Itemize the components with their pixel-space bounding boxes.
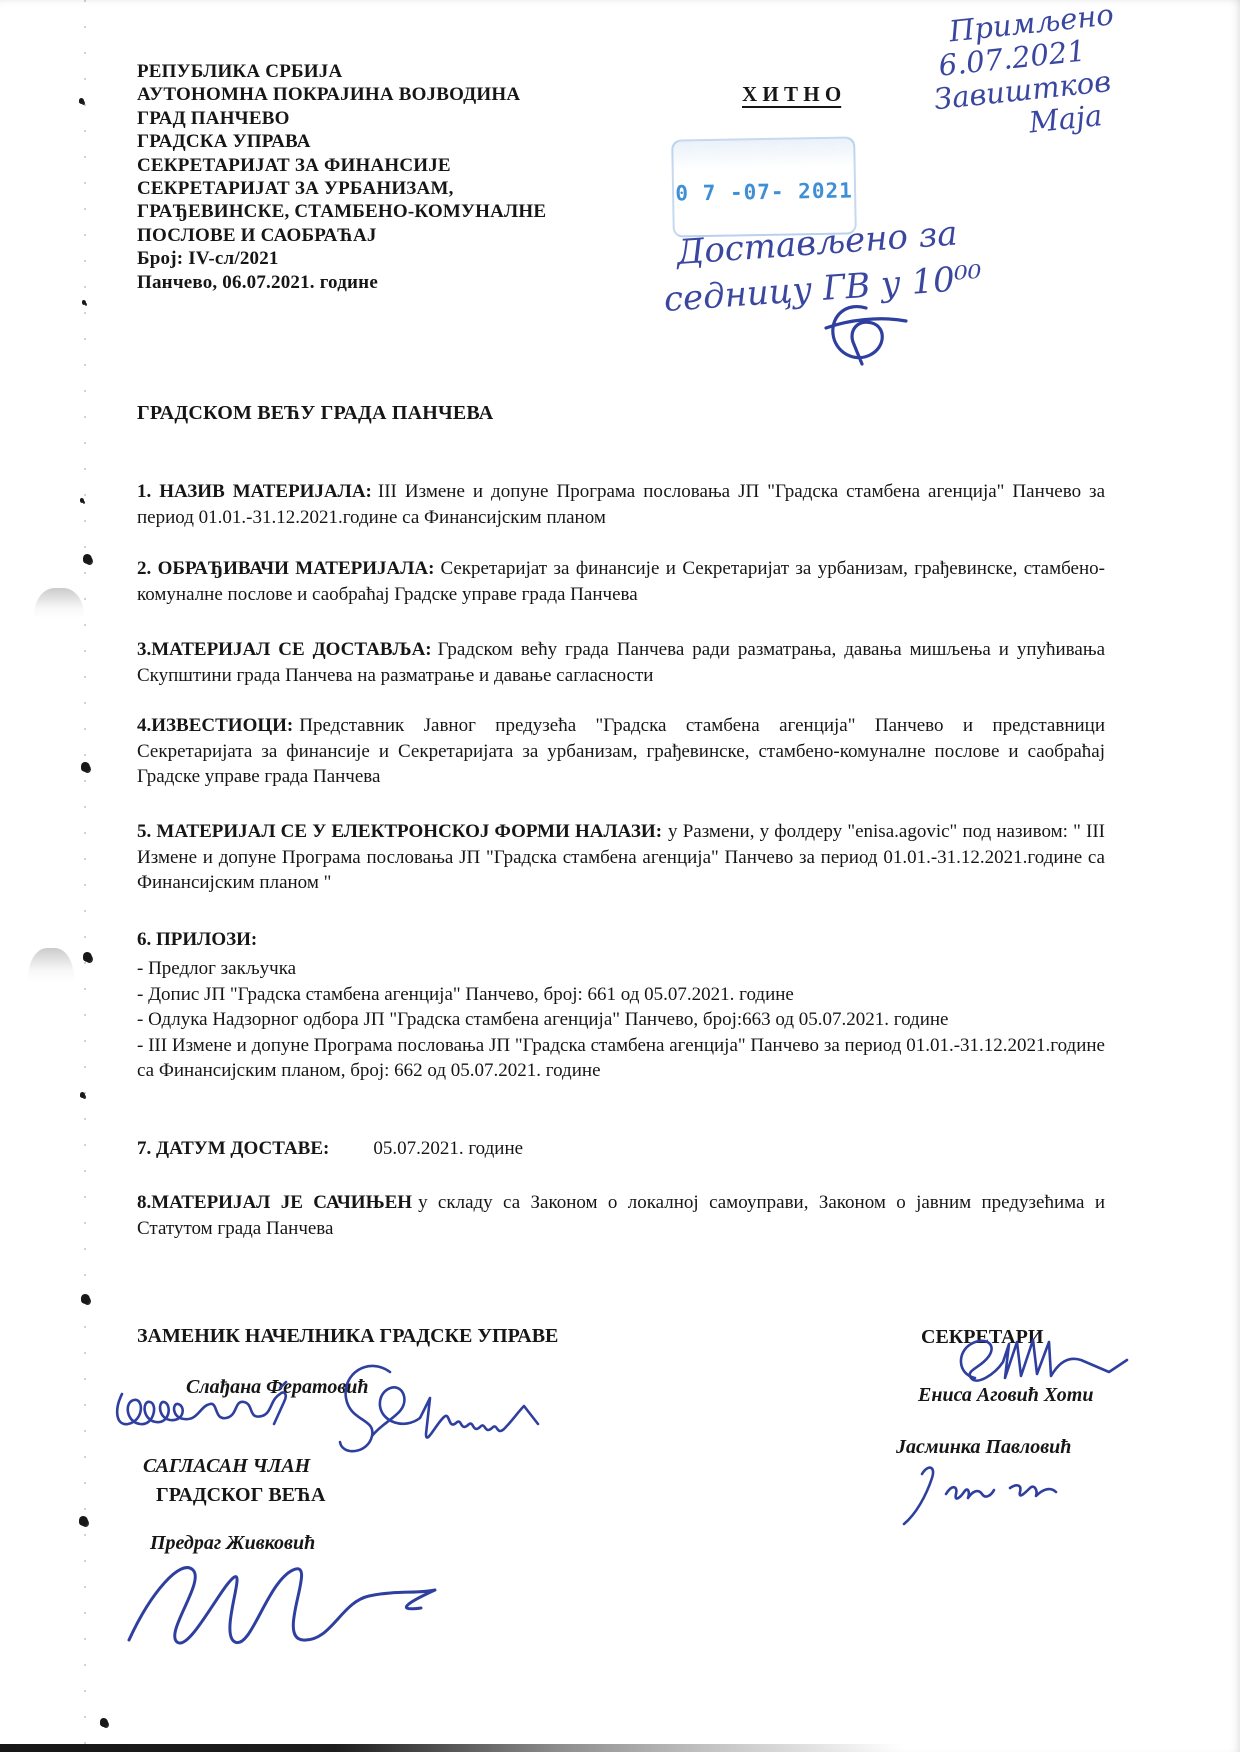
section-2-label: 2. ОБРАЂИВАЧИ МАТЕРИЈАЛА: bbox=[137, 558, 434, 579]
attachments-heading: 6. ПРИЛОЗИ: bbox=[137, 927, 1105, 953]
attachment-item: - III Измене и допуне Програма пословања… bbox=[137, 1033, 1105, 1084]
section-1-label: 1. НАЗИВ МАТЕРИЈАЛА: bbox=[137, 481, 372, 502]
urgent-label: Х И Т Н О bbox=[742, 82, 841, 107]
recipient-title: ГРАДСКОМ ВЕЋУ ГРАДА ПАНЧЕВА bbox=[137, 402, 493, 425]
attachments-label: 6. ПРИЛОЗИ: bbox=[137, 929, 257, 950]
document-date-place: Панчево, 06.07.2021. године bbox=[137, 271, 546, 294]
ink-speck bbox=[82, 300, 86, 305]
letterhead-line: СЕКРЕТАРИЈАТ ЗА УРБАНИЗАМ, bbox=[137, 177, 546, 200]
scan-perforation-dots bbox=[84, 0, 86, 1752]
section-7-label: 7. ДАТУМ ДОСТАВЕ: bbox=[137, 1138, 329, 1159]
section-7-text: 05.07.2021. године bbox=[373, 1138, 523, 1159]
section-2: 2. ОБРАЂИВАЧИ МАТЕРИЈАЛА:Секретаријат за… bbox=[137, 556, 1105, 607]
scanned-document-page: РЕПУБЛИКА СРБИЈА АУТОНОМНА ПОКРАЈИНА ВОЈ… bbox=[0, 0, 1240, 1752]
ink-signature-feratovic bbox=[112, 1380, 347, 1460]
section-8: 8.МАТЕРИЈАЛ ЈЕ САЧИЊЕНу складу са Законо… bbox=[137, 1190, 1105, 1241]
ink-speck bbox=[83, 952, 92, 962]
letterhead-line: ГРАЂЕВИНСКЕ, СТАМБЕНО-КОМУНАЛНЕ bbox=[137, 200, 546, 223]
right-signer-name-1: Ениса Аговић Хоти bbox=[918, 1384, 1093, 1407]
ink-signature-overlap bbox=[322, 1352, 557, 1470]
left-signer-title: ЗАМЕНИК НАЧЕЛНИКА ГРАДСКЕ УПРАВЕ bbox=[137, 1325, 558, 1348]
scan-smudge bbox=[28, 948, 74, 988]
stamp-date: 0 7 -07- 2021 bbox=[674, 178, 854, 205]
letterhead-line: СЕКРЕТАРИЈАТ ЗА ФИНАНСИЈЕ bbox=[137, 154, 546, 177]
section-3: 3.МАТЕРИЈАЛ СЕ ДОСТАВЉА:Градском већу гр… bbox=[137, 637, 1105, 688]
agreed-member-line-1: САГЛАСАН ЧЛАН bbox=[143, 1455, 310, 1478]
section-3-label: 3.МАТЕРИЈАЛ СЕ ДОСТАВЉА: bbox=[137, 639, 432, 660]
section-1: 1. НАЗИВ МАТЕРИЈАЛА:III Измене и допуне … bbox=[137, 479, 1105, 530]
ink-speck bbox=[80, 498, 84, 503]
ink-speck bbox=[100, 1718, 108, 1727]
section-4-label: 4.ИЗВЕСТИОЦИ: bbox=[137, 715, 293, 736]
ink-paraph bbox=[818, 300, 914, 370]
document-number: Број: IV-сл/2021 bbox=[137, 247, 546, 270]
letterhead-line: ГРАД ПАНЧЕВО bbox=[137, 107, 546, 130]
attachment-item: - Одлука Надзорног одбора ЈП "Градска ст… bbox=[137, 1007, 1105, 1033]
ink-signature-zivkovic bbox=[115, 1552, 450, 1656]
ink-speck bbox=[79, 1516, 88, 1526]
ink-speck bbox=[81, 762, 90, 772]
received-line: Маја bbox=[1027, 97, 1125, 140]
attachment-item: - Предлог закључка bbox=[137, 956, 1105, 982]
attachment-item: - Допис ЈП "Градска стамбена агенција" П… bbox=[137, 982, 1105, 1008]
letterhead: РЕПУБЛИКА СРБИЈА АУТОНОМНА ПОКРАЈИНА ВОЈ… bbox=[137, 60, 546, 294]
section-8-label: 8.МАТЕРИЈАЛ ЈЕ САЧИЊЕН bbox=[137, 1192, 412, 1213]
ink-speck bbox=[80, 1092, 85, 1098]
agreed-member-line-2: ГРАДСКОГ ВЕЋА bbox=[156, 1484, 325, 1507]
section-5: 5. МАТЕРИЈАЛ СЕ У ЕЛЕКТРОНСКОЈ ФОРМИ НАЛ… bbox=[137, 819, 1105, 896]
letterhead-line: ГРАДСКА УПРАВА bbox=[137, 130, 546, 153]
ink-speck bbox=[79, 98, 84, 104]
ink-signature-pavlovic bbox=[898, 1458, 1088, 1528]
section-7: 7. ДАТУМ ДОСТАВЕ:05.07.2021. године bbox=[137, 1136, 1105, 1162]
attachments-list: - Предлог закључка - Допис ЈП "Градска с… bbox=[137, 956, 1105, 1084]
ink-speck bbox=[81, 1294, 90, 1304]
scan-smudge bbox=[34, 588, 84, 624]
right-signer-name-2: Јасминка Павловић bbox=[896, 1436, 1071, 1459]
letterhead-line: ПОСЛОВЕ И САОБРАЋАЈ bbox=[137, 224, 546, 247]
letterhead-line: РЕПУБЛИКА СРБИЈА bbox=[137, 60, 546, 83]
ink-speck bbox=[83, 554, 92, 564]
section-4: 4.ИЗВЕСТИОЦИ:Представник Јавног предузећ… bbox=[137, 713, 1105, 790]
letterhead-line: АУТОНОМНА ПОКРАЈИНА ВОЈВОДИНА bbox=[137, 83, 546, 106]
handwritten-received-note: Примљено 6.07.2021 Завиштков Маја bbox=[922, 0, 1126, 150]
scan-edge-shadow bbox=[0, 1744, 930, 1752]
section-5-label: 5. МАТЕРИЈАЛ СЕ У ЕЛЕКТРОНСКОЈ ФОРМИ НАЛ… bbox=[137, 821, 662, 842]
